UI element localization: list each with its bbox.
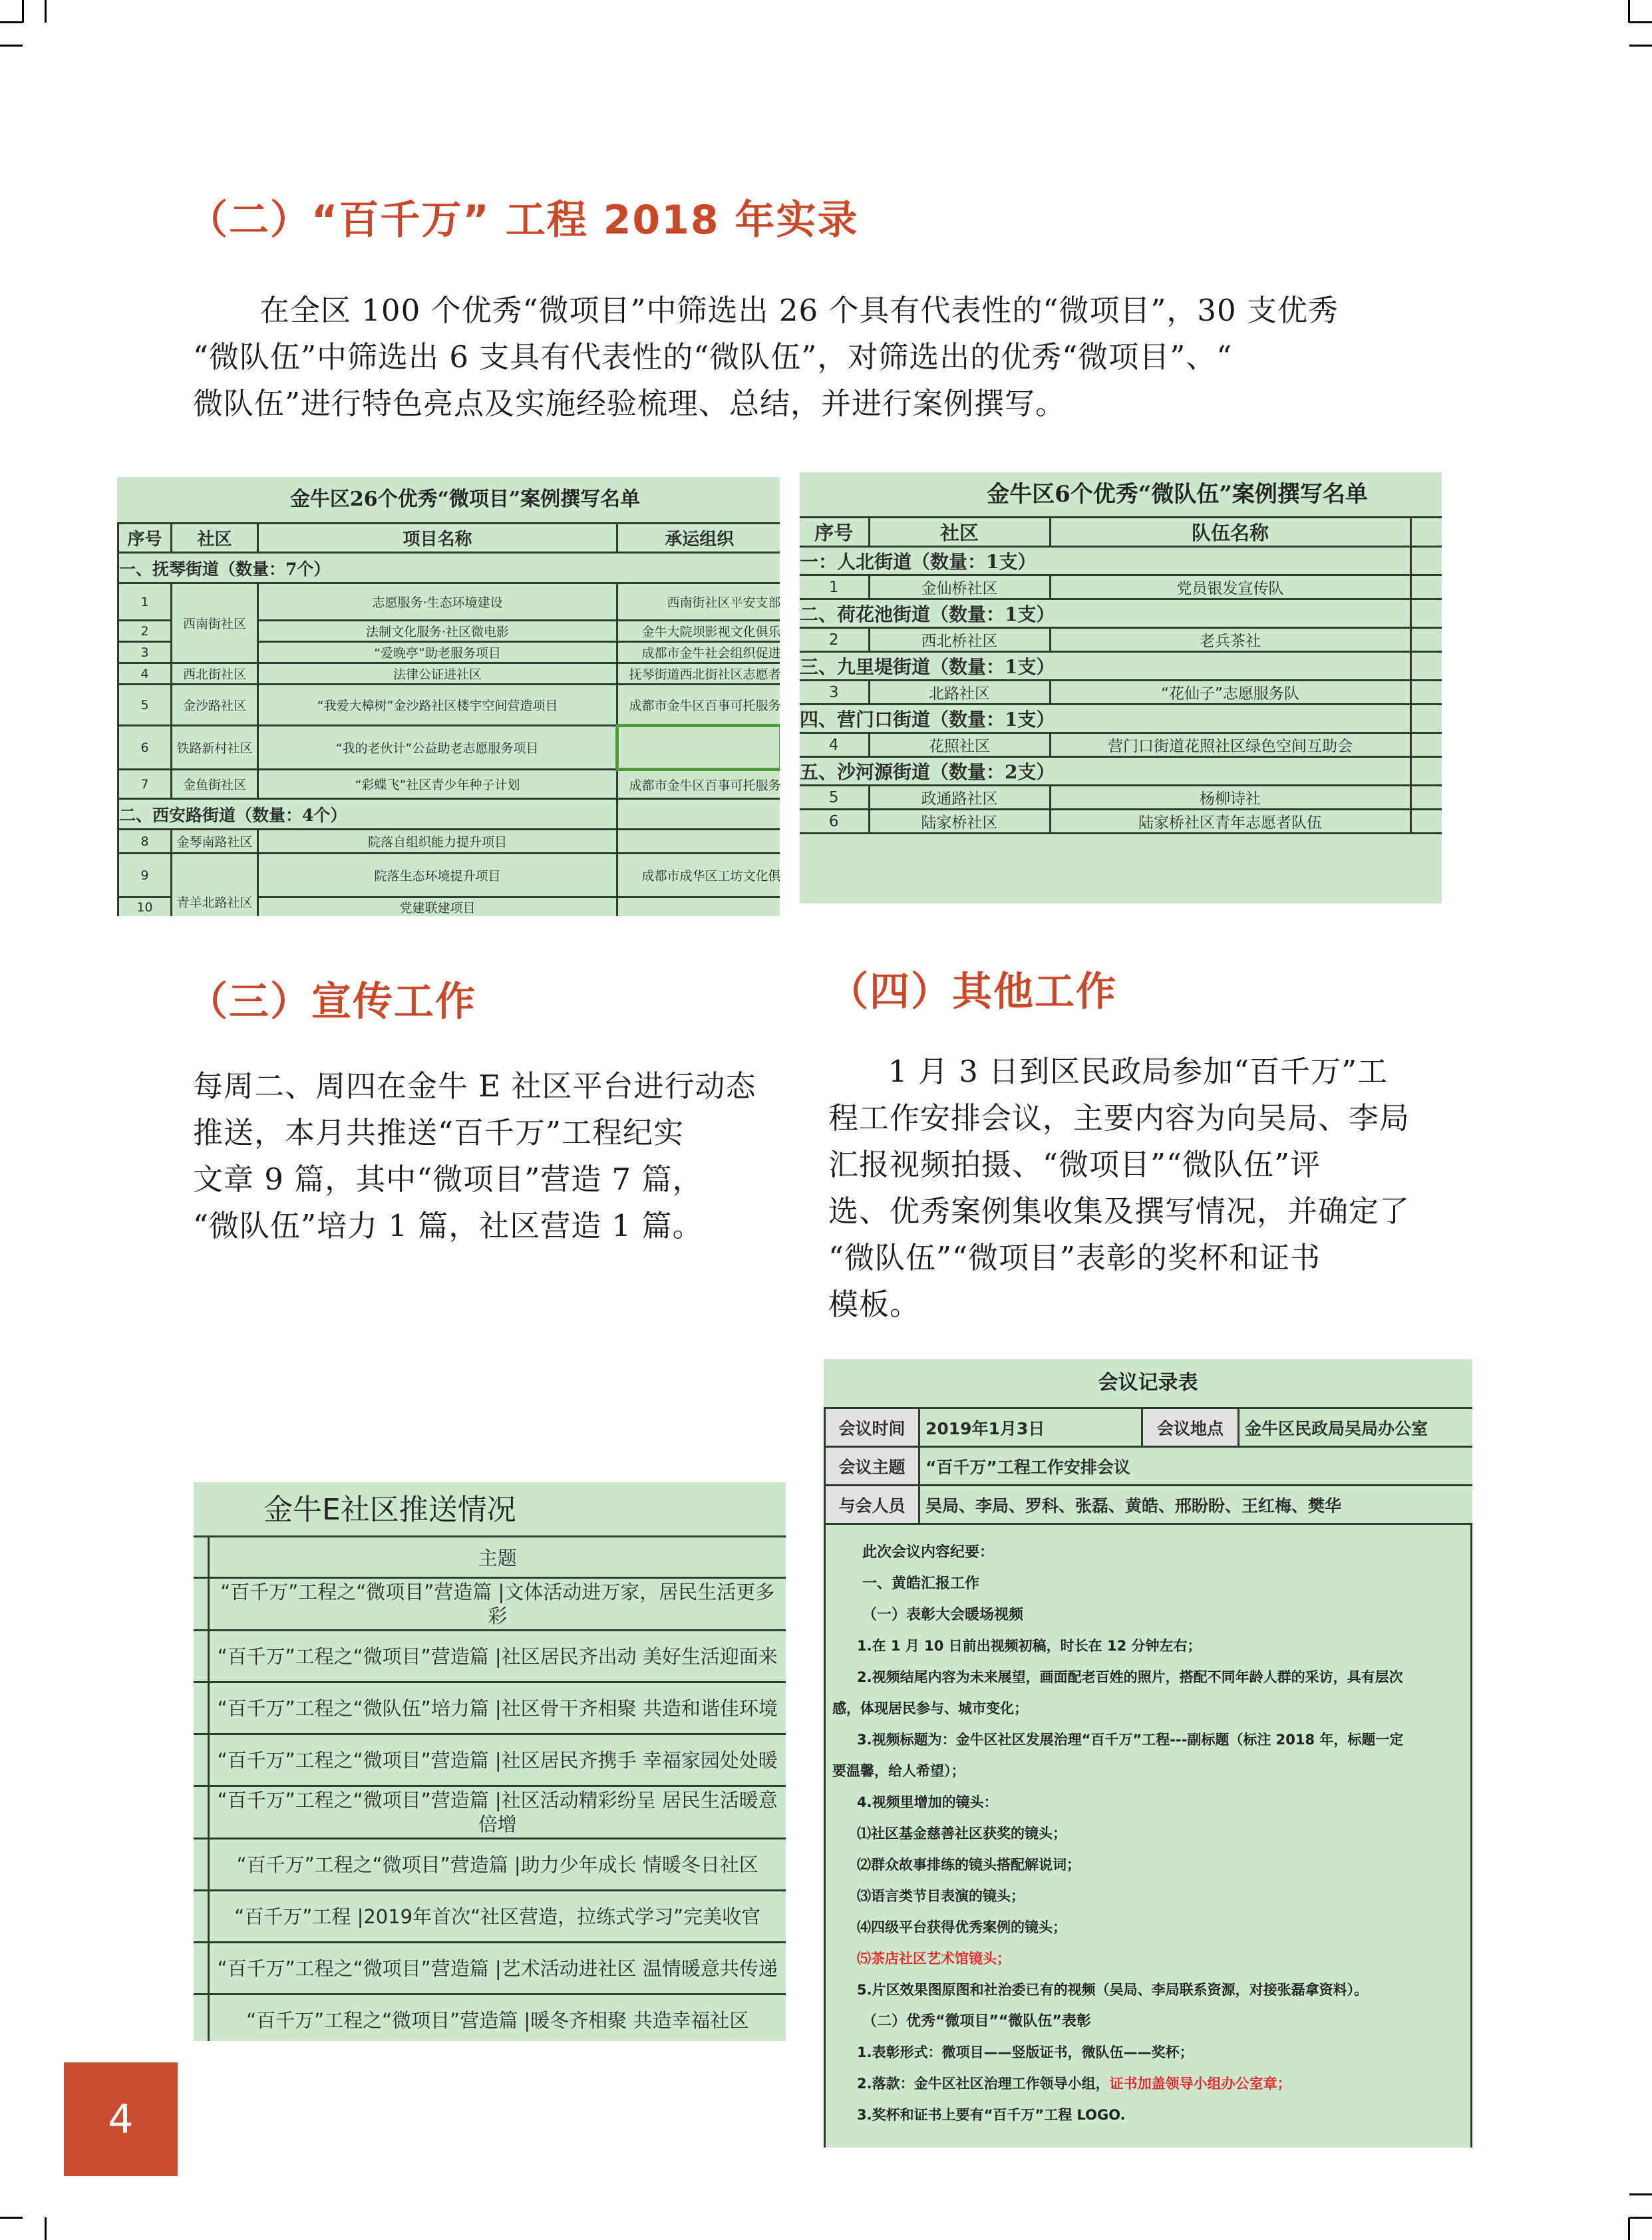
page-number-badge: 4 <box>64 2062 178 2176</box>
table-row: “百千万”工程之“微项目”营造篇 |社区居民齐携手 幸福家园处处暖 <box>194 1734 786 1786</box>
section-heading-records: （二）“百千万” 工程 2018 年实录 <box>188 188 859 245</box>
paragraph-line: 程工作安排会议，主要内容为向吴局、李局 <box>828 1095 1467 1142</box>
table-row: “百千万”工程之“微项目”营造篇 |助力少年成长 情暖冬日社区 <box>194 1839 786 1891</box>
table-row: 9 青羊北路社区 院落生态环境提升项目 成都市成华区工坊文化俱 <box>118 854 780 897</box>
paragraph-line: 汇报视频拍摄、“微项目”“微队伍”评 <box>828 1142 1467 1188</box>
column-header: 承运组织 <box>617 524 780 553</box>
place-label: 会议地点 <box>1142 1408 1239 1447</box>
topic-label: 会议主题 <box>825 1447 919 1486</box>
section-row: 三、九里堤街道（数量：1支） <box>800 652 1442 681</box>
crop-mark <box>45 2217 47 2240</box>
crop-mark <box>1629 2217 1652 2219</box>
section-other-work-paragraph: 1 月 3 日到区民政局参加“百千万”工 程工作安排会议，主要内容为向吴局、李局… <box>828 1048 1467 1328</box>
crop-mark <box>1629 21 1652 23</box>
crop-mark <box>0 21 23 23</box>
section-heading-publicity: （三）宣传工作 <box>188 970 476 1027</box>
paragraph-line: 推送，本月共推送“百千万”工程纪实 <box>193 1110 792 1156</box>
table-row: 1 金仙桥社区 党员银发宣传队 <box>800 575 1442 599</box>
table-row: “百千万”工程之“微项目”营造篇 |文体活动进万家，居民生活更多彩 <box>194 1578 786 1631</box>
paragraph-line: 模板。 <box>828 1281 1467 1328</box>
column-header: 序号 <box>118 524 172 553</box>
place-value: 金牛区民政局吴局办公室 <box>1239 1408 1473 1447</box>
paragraph-line: 在全区 100 个优秀“微项目”中筛选出 26 个具有代表性的“微项目”，30 … <box>193 287 1470 334</box>
paragraph-line: 1 月 3 日到区民政局参加“百千万”工 <box>828 1048 1467 1095</box>
section-records-paragraph: 在全区 100 个优秀“微项目”中筛选出 26 个具有代表性的“微项目”，30 … <box>193 287 1470 427</box>
section-row: 五、沙河源街道（数量：2支） <box>800 757 1442 786</box>
section-row: 二、西安路街道（数量：4个） <box>118 799 780 830</box>
table-row: 3 北路社区 “花仙子”志愿服务队 <box>800 681 1442 705</box>
projects-case-table: 金牛区26个优秀“微项目”案例撰写名单 序号 社区 项目名称 承运组织 一、抚琴… <box>117 477 780 916</box>
table-row: 5 金沙路社区 “我爱大樟树”金沙路社区楼宇空间营造项目 成都市金牛区百事可托服… <box>118 685 780 726</box>
time-value: 2019年1月3日 <box>919 1408 1142 1447</box>
selected-cell[interactable] <box>617 726 780 770</box>
table-row: “百千万”工程 |2019年首次“社区营造，拉练式学习”完美收官 <box>194 1891 786 1943</box>
crop-mark <box>1628 2217 1630 2240</box>
table-row: 2 西北桥社区 老兵茶社 <box>800 628 1442 652</box>
table-row: “百千万”工程之“微项目”营造篇 |社区居民齐出动 美好生活迎面来 <box>194 1631 786 1682</box>
table-row: “百千万”工程之“微项目”营造篇 |社区活动精彩纷呈 居民生活暖意倍增 <box>194 1786 786 1839</box>
paragraph-line: 每周二、周四在金牛 E 社区平台进行动态 <box>193 1063 792 1110</box>
crop-mark <box>1629 2193 1652 2195</box>
attendees-value: 吴局、李局、罗科、张磊、黄皓、邢盼盼、王红梅、樊华 <box>919 1486 1473 1524</box>
paragraph-line: 文章 9 篇，其中“微项目”营造 7 篇， <box>193 1156 792 1203</box>
table-header-row: 序号 社区 队伍名称 <box>800 518 1442 547</box>
meeting-topic-row: 会议主题 “百千万”工程工作安排会议 <box>825 1447 1473 1486</box>
crop-mark <box>0 2217 23 2219</box>
crop-mark <box>1629 45 1652 47</box>
paragraph-line: 微队伍”进行特色亮点及实施经验梳理、总结，并进行案例撰写。 <box>193 381 1470 427</box>
table-row: “百千万”工程之“微项目”营造篇 |暖冬齐相聚 共造幸福社区 <box>194 1995 786 2042</box>
meeting-time-place-row: 会议时间 2019年1月3日 会议地点 金牛区民政局吴局办公室 <box>825 1408 1473 1447</box>
section-row: 一：人北街道（数量：1支） <box>800 547 1442 575</box>
crop-mark <box>45 0 47 23</box>
table-row: 7 金鱼街社区 “彩蝶飞”社区青少年种子计划 成都市金牛区百事可托服务 <box>118 770 780 799</box>
meeting-minutes: 此次会议内容纪要： 一、黄皓汇报工作 （一）表彰大会暖场视频 1.在 1 月 1… <box>824 1525 1472 2148</box>
paragraph-line: “微队伍”中筛选出 6 支具有代表性的“微队伍”，对筛选出的优秀“微项目”、“ <box>193 334 1470 381</box>
table-row: 8 金琴南路社区 院落自组织能力提升项目 <box>118 830 780 854</box>
column-header: 社区 <box>869 518 1050 547</box>
section-row: 二、荷花池街道（数量：1支） <box>800 599 1442 628</box>
table-row: “百千万”工程之“微项目”营造篇 |艺术活动进社区 温情暖意共传递 <box>194 1943 786 1995</box>
table-row: 5 政通路社区 杨柳诗社 <box>800 786 1442 810</box>
table-title: 金牛区26个优秀“微项目”案例撰写名单 <box>117 477 780 522</box>
table-title: 金牛区6个优秀“微队伍”案例撰写名单 <box>800 472 1442 516</box>
table-header-row: 序号 社区 项目名称 承运组织 <box>118 524 780 553</box>
column-header: 队伍名称 <box>1050 518 1410 547</box>
teams-case-table: 金牛区6个优秀“微队伍”案例撰写名单 序号 社区 队伍名称 一：人北街道（数量：… <box>800 472 1442 903</box>
paragraph-line: “微队伍”培力 1 篇，社区营造 1 篇。 <box>193 1203 792 1249</box>
paragraph-line: 选、优秀案例集收集及撰写情况，并确定了 <box>828 1188 1467 1235</box>
section-heading-other-work: （四）其他工作 <box>828 960 1117 1017</box>
table-title: 会议记录表 <box>824 1359 1472 1407</box>
table-row: “百千万”工程之“微队伍”培力篇 |社区骨干齐相聚 共造和谐佳环境 <box>194 1682 786 1734</box>
table-title: 金牛E社区推送情况 <box>194 1482 786 1535</box>
table-row: 1 西南街社区 志愿服务·生态环境建设 西南街社区平安支部 <box>118 583 780 621</box>
column-header: 项目名称 <box>258 524 617 553</box>
column-header: 主题 <box>208 1537 786 1578</box>
column-header: 社区 <box>172 524 258 553</box>
meeting-attendees-row: 与会人员 吴局、李局、罗科、张磊、黄皓、邢盼盼、王红梅、樊华 <box>825 1486 1473 1524</box>
meeting-record-table: 会议记录表 会议时间 2019年1月3日 会议地点 金牛区民政局吴局办公室 会议… <box>824 1359 1472 2148</box>
table-row: 6 铁路新村社区 “我的老伙计”公益助老志愿服务项目 <box>118 726 780 770</box>
crop-mark <box>22 0 24 23</box>
table-row: 6 陆家桥社区 陆家桥社区青年志愿者队伍 <box>800 810 1442 834</box>
section-row: 一、抚琴街道（数量：7个） <box>118 553 780 583</box>
topic-value: “百千万”工程工作安排会议 <box>919 1447 1473 1486</box>
column-header: 序号 <box>800 518 869 547</box>
crop-mark <box>1628 0 1630 23</box>
attendees-label: 与会人员 <box>825 1486 919 1524</box>
paragraph-line: “微队伍”“微项目”表彰的奖杯和证书 <box>828 1235 1467 1281</box>
crop-mark <box>0 45 23 47</box>
table-header-row: 主题 <box>194 1537 786 1578</box>
section-publicity-paragraph: 每周二、周四在金牛 E 社区平台进行动态 推送，本月共推送“百千万”工程纪实 文… <box>193 1063 792 1249</box>
section-row: 四、营门口街道（数量：1支） <box>800 705 1442 733</box>
time-label: 会议时间 <box>825 1408 919 1447</box>
table-row: 4 花照社区 营门口街道花照社区绿色空间互助会 <box>800 733 1442 757</box>
e-community-push-table: 金牛E社区推送情况 主题 “百千万”工程之“微项目”营造篇 |文体活动进万家，居… <box>194 1482 786 2041</box>
table-row: 4 西北街社区 法律公证进社区 抚琴街道西北街社区志愿者 <box>118 663 780 685</box>
